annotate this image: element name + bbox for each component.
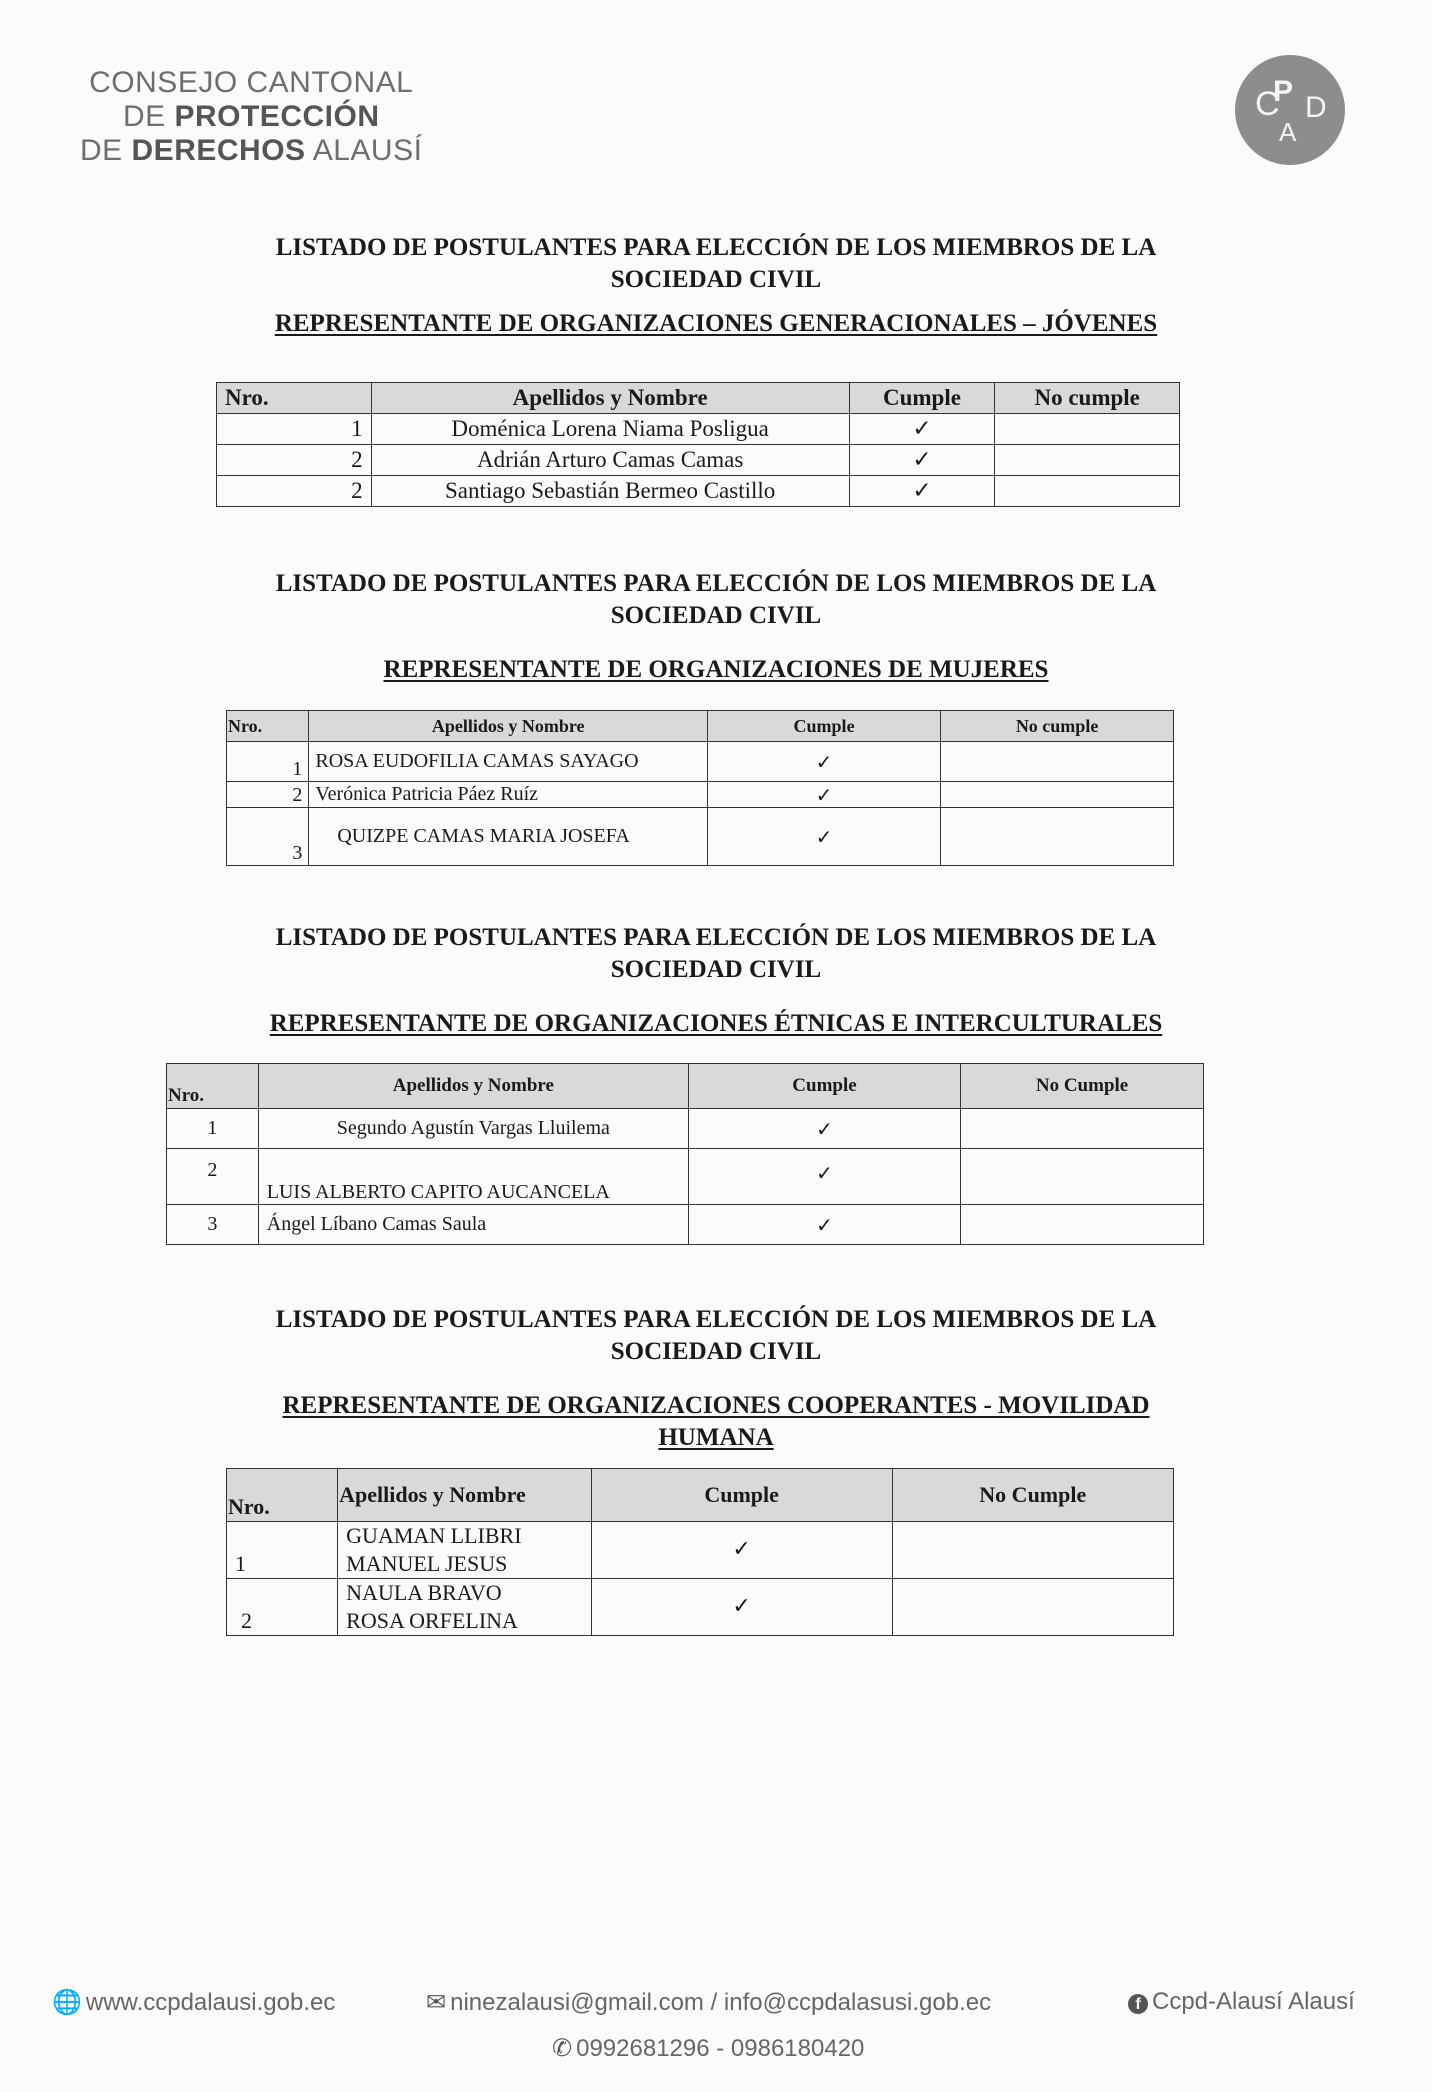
check-icon: ✓	[708, 742, 941, 782]
check-icon: ✓	[849, 445, 995, 476]
col-nombre: Apellidos y Nombre	[258, 1064, 688, 1109]
organization-name: CONSEJO CANTONAL DE PROTECCIÓN DE DERECH…	[80, 66, 422, 168]
col-no-cumple: No Cumple	[961, 1064, 1204, 1109]
col-nro: Nro.	[167, 1064, 259, 1109]
col-cumple: Cumple	[708, 711, 941, 742]
table-row: 1 ROSA EUDOFILIA CAMAS SAYAGO ✓	[227, 742, 1174, 782]
section-jovenes: LISTADO DE POSTULANTES PARA ELECCIÓN DE …	[0, 232, 1432, 340]
footer-email[interactable]: ✉ninezalausi@gmail.com / info@ccpdalasus…	[426, 1988, 991, 2017]
facebook-icon: f	[1128, 1994, 1148, 2014]
section-subtitle: REPRESENTANTE DE ORGANIZACIONES GENERACI…	[0, 308, 1432, 340]
footer-phones: ✆0992681296 - 0986180420	[552, 2034, 864, 2063]
footer-facebook[interactable]: fCcpd-Alausí Alausí	[1128, 1988, 1355, 2016]
table-row: 3 Ángel Líbano Camas Saula ✓	[167, 1205, 1204, 1245]
section-title: LISTADO DE POSTULANTES PARA ELECCIÓN DE …	[216, 922, 1216, 986]
footer-website[interactable]: 🌐www.ccpdalausi.gob.ec	[52, 1988, 335, 2017]
section-title: LISTADO DE POSTULANTES PARA ELECCIÓN DE …	[216, 1304, 1216, 1368]
table-row: 3 QUIZPE CAMAS MARIA JOSEFA ✓	[227, 808, 1174, 866]
col-no-cumple: No Cumple	[892, 1469, 1173, 1522]
check-icon: ✓	[849, 414, 995, 445]
col-cumple: Cumple	[591, 1469, 892, 1522]
col-nombre: Apellidos y Nombre	[309, 711, 708, 742]
check-icon: ✓	[708, 782, 941, 808]
col-no-cumple: No cumple	[941, 711, 1174, 742]
check-icon: ✓	[688, 1205, 960, 1245]
check-icon: ✓	[708, 808, 941, 866]
table-row: 2 Adrián Arturo Camas Camas ✓	[217, 445, 1180, 476]
col-cumple: Cumple	[688, 1064, 960, 1109]
section-etnicas: LISTADO DE POSTULANTES PARA ELECCIÓN DE …	[0, 922, 1432, 1040]
org-line-2: DE PROTECCIÓN	[80, 100, 422, 134]
check-icon: ✓	[688, 1109, 960, 1149]
check-icon: ✓	[849, 476, 995, 507]
table-row: 1 Doménica Lorena Niama Posligua ✓	[217, 414, 1180, 445]
table-row: 1 GUAMAN LLIBRIMANUEL JESUS ✓	[227, 1522, 1174, 1579]
table-row: 2 Santiago Sebastián Bermeo Castillo ✓	[217, 476, 1180, 507]
section-title: LISTADO DE POSTULANTES PARA ELECCIÓN DE …	[216, 232, 1216, 296]
table-row: 2 NAULA BRAVOROSA ORFELINA ✓	[227, 1579, 1174, 1636]
col-nro: Nro.	[227, 711, 309, 742]
col-cumple: Cumple	[849, 383, 995, 414]
org-line-3: DE DERECHOS ALAUSÍ	[80, 134, 422, 168]
section-cooperantes: LISTADO DE POSTULANTES PARA ELECCIÓN DE …	[0, 1304, 1432, 1454]
col-nro: Nro.	[227, 1469, 338, 1522]
col-nombre: Apellidos y Nombre	[338, 1469, 592, 1522]
check-icon: ✓	[688, 1149, 960, 1205]
ccpd-logo: C P D A	[1235, 55, 1345, 165]
table-row: 2 LUIS ALBERTO CAPITO AUCANCELA ✓	[167, 1149, 1204, 1205]
table-jovenes: Nro. Apellidos y Nombre Cumple No cumple…	[216, 382, 1180, 507]
section-subtitle: REPRESENTANTE DE ORGANIZACIONES COOPERAN…	[0, 1390, 1432, 1454]
check-icon: ✓	[591, 1522, 892, 1579]
check-icon: ✓	[591, 1579, 892, 1636]
section-title: LISTADO DE POSTULANTES PARA ELECCIÓN DE …	[216, 568, 1216, 632]
table-mujeres: Nro. Apellidos y Nombre Cumple No cumple…	[226, 710, 1174, 866]
section-subtitle: REPRESENTANTE DE ORGANIZACIONES ÉTNICAS …	[0, 1008, 1432, 1040]
globe-icon: 🌐	[52, 1988, 82, 2017]
table-cooperantes: Nro. Apellidos y Nombre Cumple No Cumple…	[226, 1468, 1174, 1636]
table-etnicas: Nro. Apellidos y Nombre Cumple No Cumple…	[166, 1063, 1204, 1245]
col-nombre: Apellidos y Nombre	[371, 383, 849, 414]
envelope-icon: ✉	[426, 1988, 446, 2017]
col-nro: Nro.	[217, 383, 372, 414]
org-line-1: CONSEJO CANTONAL	[80, 66, 422, 100]
table-row: 1 Segundo Agustín Vargas Lluilema ✓	[167, 1109, 1204, 1149]
phone-icon: ✆	[552, 2034, 572, 2063]
section-mujeres: LISTADO DE POSTULANTES PARA ELECCIÓN DE …	[0, 568, 1432, 686]
col-no-cumple: No cumple	[995, 383, 1180, 414]
table-row: 2 Verónica Patricia Páez Ruíz ✓	[227, 782, 1174, 808]
section-subtitle: REPRESENTANTE DE ORGANIZACIONES DE MUJER…	[0, 654, 1432, 686]
